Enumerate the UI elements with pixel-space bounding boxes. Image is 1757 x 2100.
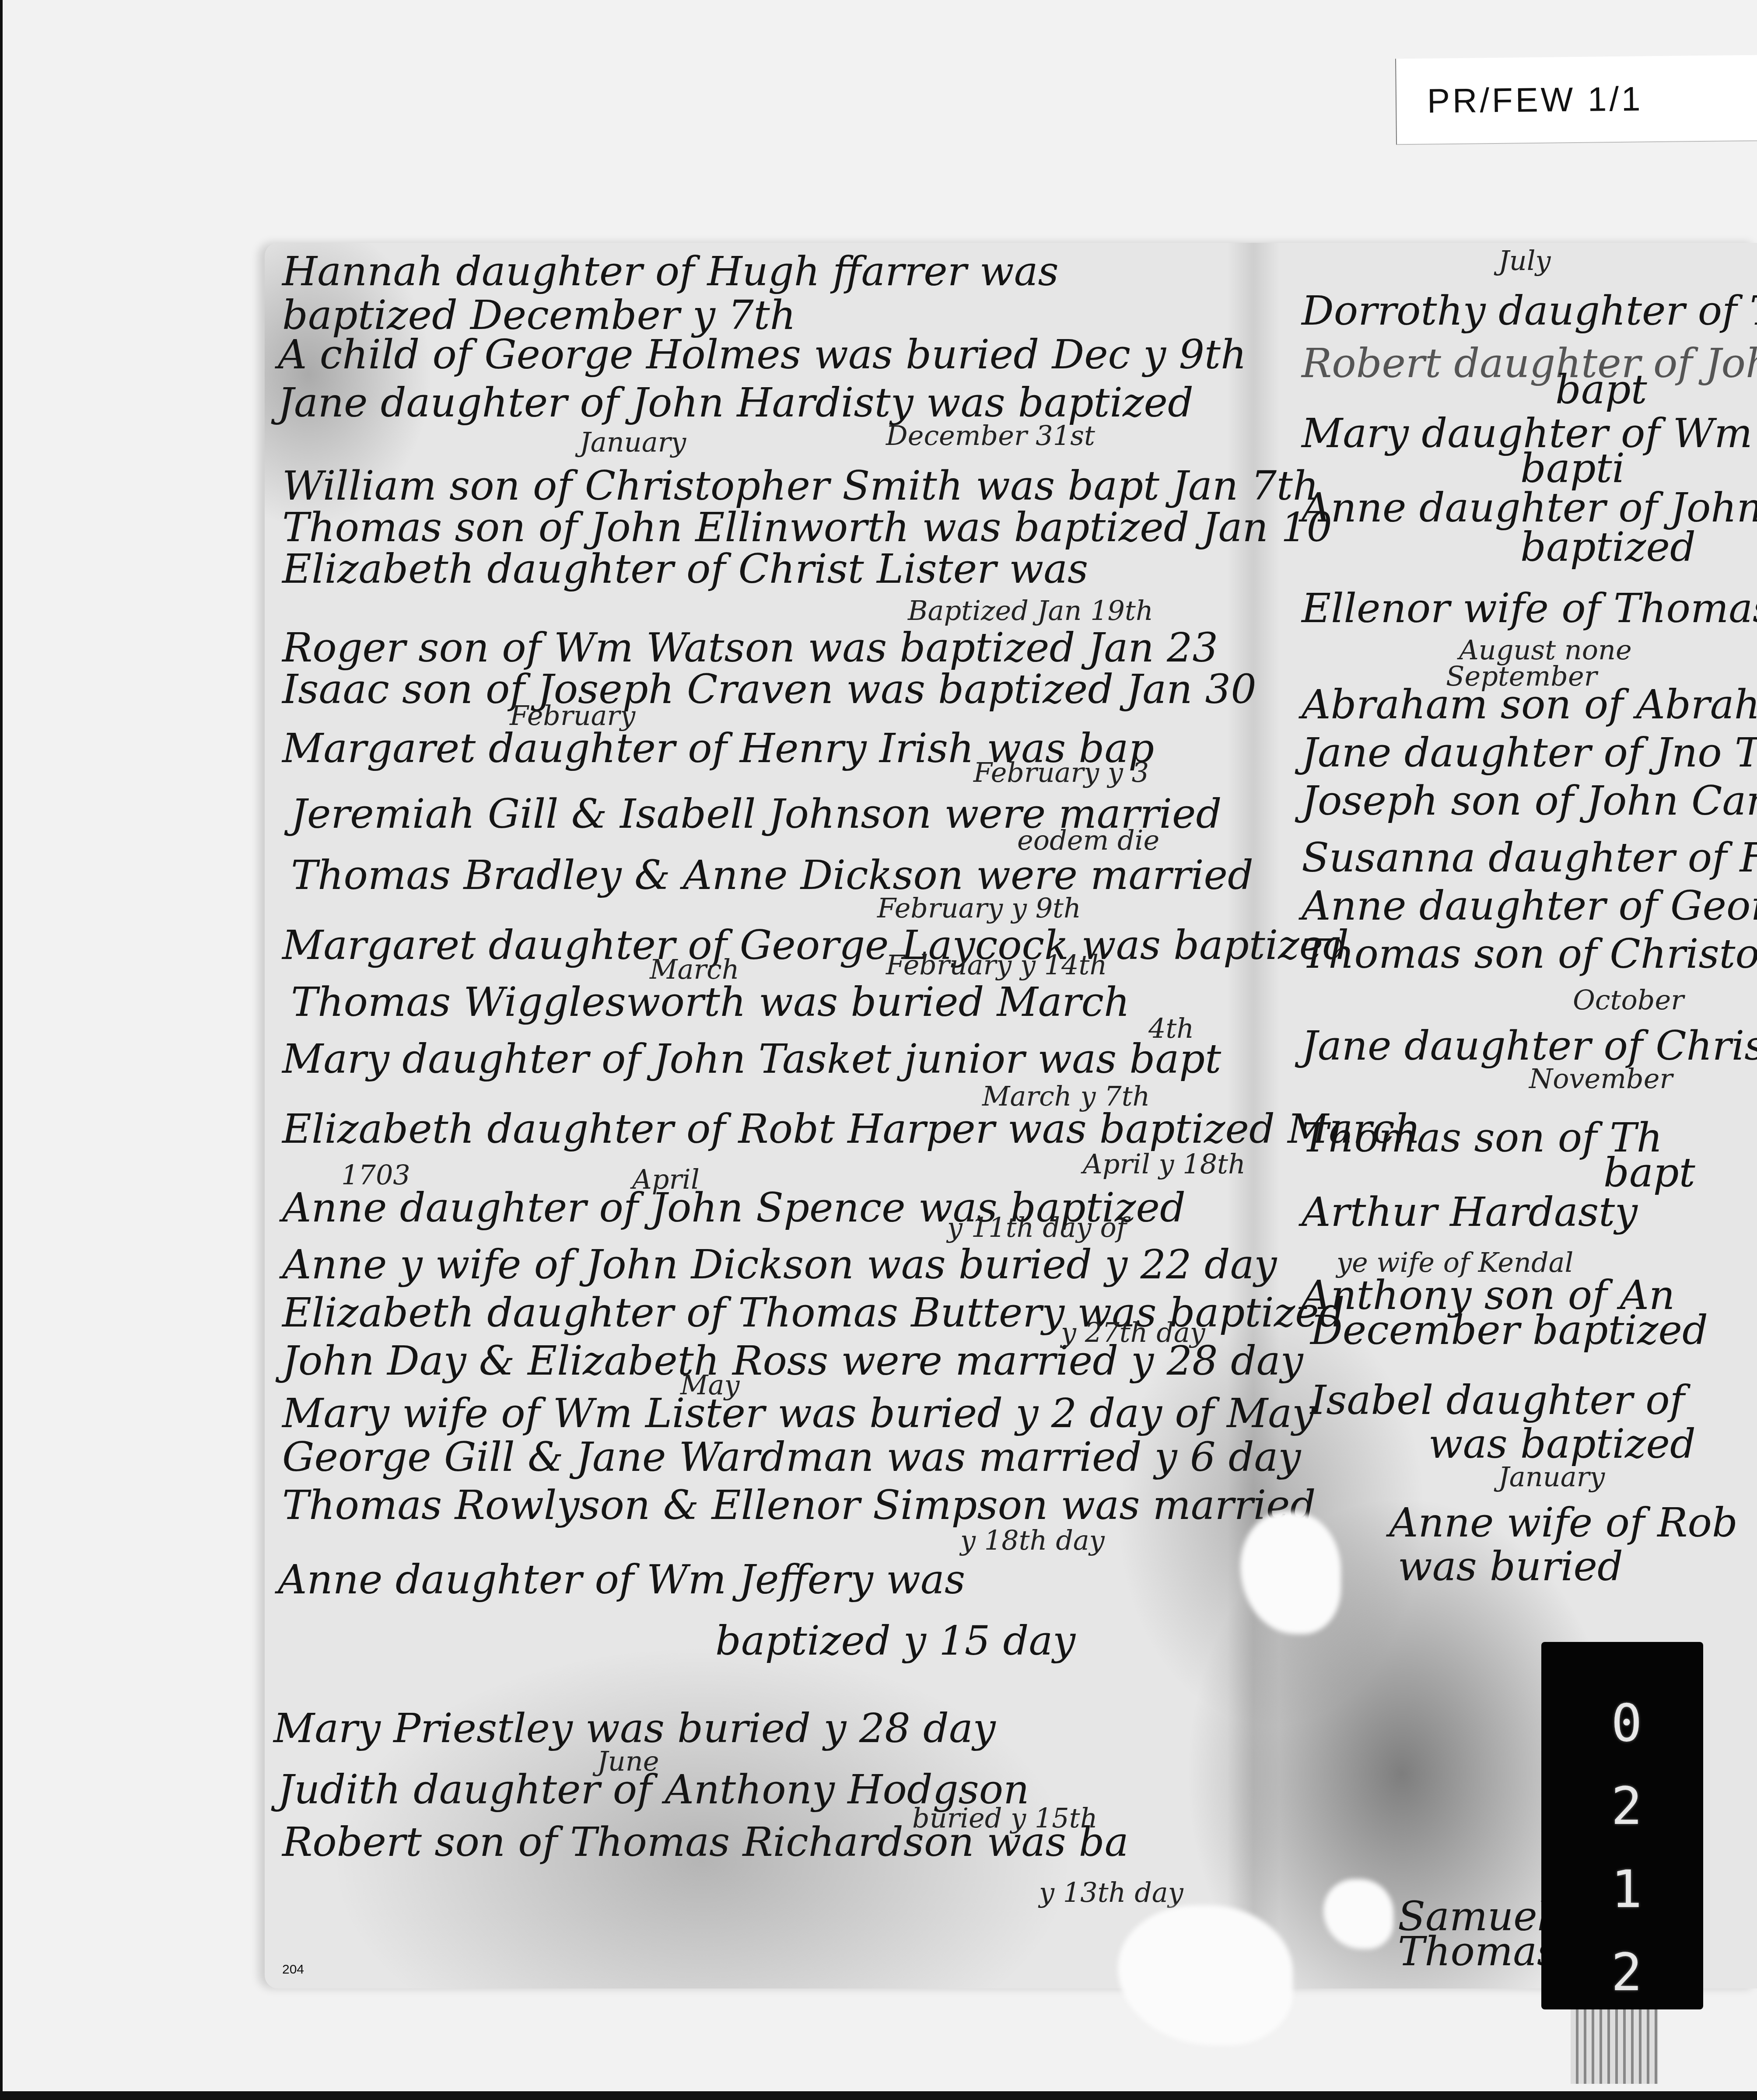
register-entry: was buried (1398, 1547, 1623, 1587)
date-annotation: y 18th day (960, 1527, 1105, 1554)
register-entry: bapti (1520, 448, 1625, 489)
register-entry: Hannah daughter of Hugh ffarrer was (282, 252, 1059, 292)
date-annotation: February y 14th (886, 952, 1107, 979)
date-annotation: February y 3 (973, 759, 1149, 786)
register-entry: Thomas son of Christopher (1302, 934, 1757, 974)
register-entry: Isaac son of Joseph Craven was baptized … (282, 669, 1256, 710)
date-annotation: March (650, 956, 739, 983)
date-annotation: February y 9th (877, 895, 1081, 922)
date-annotation: January (1498, 1463, 1605, 1491)
date-annotation: November (1529, 1065, 1673, 1092)
register-entry: Thomas son of John Ellinworth was baptiz… (282, 507, 1332, 548)
frame-counter-digits: 0212 (1607, 1681, 1646, 2014)
register-entry: Anne daughter of George (1302, 886, 1757, 926)
date-annotation: October (1573, 987, 1684, 1014)
register-entry: Anne daughter of John (1302, 488, 1757, 528)
frame-counter-device: 0212 (1541, 1642, 1703, 2009)
counter-digit: 2 (1611, 1764, 1642, 1848)
register-entry: bapt (1555, 370, 1647, 410)
paper-damage-hole (1118, 1905, 1293, 2045)
date-annotation: y 13th day (1039, 1879, 1183, 1906)
register-entry: baptized (1520, 527, 1696, 567)
date-annotation: September (1446, 663, 1597, 690)
register-entry: A child of George Holmes was buried Dec … (278, 335, 1246, 375)
date-annotation: y 11th day of (947, 1214, 1127, 1241)
archive-reference-label: PR/FEW 1/1 (1395, 55, 1757, 145)
register-entry: Anne y wife of John Dickson was buried y… (282, 1245, 1277, 1285)
scanner-frame-bottom-edge (0, 2091, 1757, 2100)
register-entry: Anne daughter of Wm Jeffery was (278, 1560, 965, 1600)
register-entry: was baptized (1428, 1424, 1696, 1464)
register-spread: Hannah daughter of Hugh ffarrer wasbapti… (265, 243, 1757, 1988)
register-entry: Mary daughter of John Tasket junior was … (282, 1039, 1221, 1079)
register-entry: Elizabeth daughter of Christ Lister was (282, 549, 1088, 589)
register-entry: Thomas Bradley & Anne Dickson were marri… (291, 855, 1253, 896)
date-annotation: August none (1459, 637, 1632, 664)
register-entry: Anne wife of Rob (1389, 1503, 1738, 1543)
archive-reference-text: PR/FEW 1/1 (1427, 79, 1643, 121)
register-entry: William son of Christopher Smith was bap… (282, 466, 1319, 506)
register-entry: Jane daughter of Jno Tho (1302, 733, 1757, 773)
register-entry: George Gill & Jane Wardman was married y… (282, 1437, 1301, 1477)
register-entry: Thomas (1398, 1932, 1557, 1972)
counter-digit: 0 (1611, 1681, 1642, 1764)
register-entry: Joseph son of John Carr (1302, 781, 1757, 821)
date-annotation: ye wife of Kendal (1337, 1249, 1573, 1276)
register-entry: Elizabeth daughter of Robt Harper was ba… (282, 1109, 1421, 1149)
register-entry: bapt (1603, 1153, 1695, 1193)
counter-digit: 1 (1611, 1848, 1642, 1931)
date-annotation: eodem die (1017, 827, 1159, 854)
register-entry: Roger son of Wm Watson was baptized Jan … (282, 628, 1218, 668)
date-annotation: February (510, 702, 635, 729)
left-page: Hannah daughter of Hugh ffarrer wasbapti… (265, 243, 1227, 1988)
register-entry: Arthur Hardasty (1302, 1192, 1638, 1232)
date-annotation: 4th (1148, 1015, 1194, 1042)
register-entry: December baptized (1310, 1310, 1708, 1351)
register-entry: baptized December y 7th (282, 295, 796, 336)
date-annotation: March y 7th (982, 1083, 1150, 1110)
register-entry: Jane daughter of Christopher (1302, 1026, 1757, 1066)
register-entry: baptized y 15 day (715, 1621, 1075, 1661)
register-entry: Dorrothy daughter of Tho: (1302, 291, 1757, 331)
register-entry: Mary Priestley was buried y 28 day (273, 1708, 996, 1749)
register-entry: Thomas Rowlyson & Ellenor Simpson was ma… (282, 1485, 1316, 1526)
date-annotation: Baptized Jan 19th (908, 597, 1153, 624)
register-entry: Robert daughter of John (1302, 343, 1757, 384)
register-entry: Jane daughter of John Hardisty was bapti… (278, 383, 1193, 423)
frame-counter-cable (1571, 2009, 1658, 2084)
date-annotation: y 27th day (1061, 1319, 1205, 1346)
register-entry: Isabel daughter of (1310, 1380, 1685, 1421)
date-annotation: June (597, 1748, 659, 1775)
date-annotation: April (632, 1166, 700, 1193)
folio-number: 204 (282, 1962, 304, 1977)
date-annotation: April y 18th (1083, 1151, 1246, 1178)
register-entry: Susanna daughter of Fra (1302, 838, 1757, 878)
register-entry: Ellenor wife of Thomas (1302, 588, 1757, 629)
register-entry: Thomas Wigglesworth was buried March (291, 982, 1130, 1022)
date-annotation: January (580, 429, 686, 456)
counter-digit: 2 (1611, 1931, 1642, 2014)
register-entry: Margaret daughter of George Laycock was … (282, 925, 1349, 966)
date-annotation: July (1498, 247, 1551, 274)
date-annotation: May (680, 1372, 739, 1399)
register-entry: Mary wife of Wm Lister was buried y 2 da… (282, 1393, 1315, 1434)
scanner-frame-left-edge (0, 0, 3, 2100)
date-annotation: buried y 15th (912, 1805, 1098, 1832)
date-annotation: December 31st (886, 422, 1095, 449)
date-annotation: 1703 (341, 1162, 410, 1189)
